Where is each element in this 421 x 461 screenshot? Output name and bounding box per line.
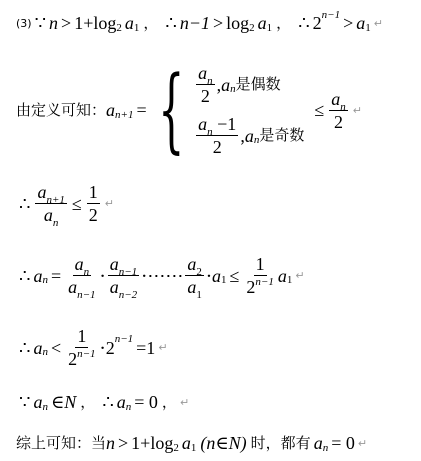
line-natural: ∵ a n ∈N ， ∴ a n = 0 ， ↵ bbox=[16, 393, 189, 411]
numerator: 1 bbox=[75, 327, 88, 348]
therefore-symbol: ∴ bbox=[102, 393, 113, 411]
ellipsis: ⋅⋯⋯ bbox=[141, 267, 183, 285]
one-plus: 1+ bbox=[131, 434, 150, 452]
subscript: n−1 bbox=[77, 289, 95, 301]
var-a: a bbox=[245, 127, 254, 145]
var-a: a bbox=[356, 14, 365, 32]
return-mark-icon: ↵ bbox=[295, 270, 304, 281]
equals-zero: = 0 bbox=[134, 393, 158, 411]
left-brace-icon: { bbox=[158, 64, 184, 156]
var-a: a bbox=[44, 205, 53, 225]
subscript-n: n bbox=[42, 347, 48, 358]
log-base: 2 bbox=[249, 23, 255, 34]
var-a: a bbox=[125, 14, 134, 32]
n-in-naturals: (n∈N) bbox=[200, 434, 246, 452]
subscript-n: n bbox=[254, 135, 260, 146]
base-two: 2 bbox=[68, 349, 77, 369]
log-text: log bbox=[150, 434, 173, 452]
subscript-n: n bbox=[207, 75, 213, 87]
return-mark-icon: ↵ bbox=[180, 397, 189, 408]
denominator: 2 bbox=[332, 111, 345, 131]
equals-zero: = 0 bbox=[331, 434, 355, 452]
comma: ， bbox=[162, 395, 177, 410]
var-a: a bbox=[198, 114, 207, 134]
subscript-n: n bbox=[53, 217, 59, 229]
line-premise: (3) ∵ n > 1+ log 2 a 1 ， ∴ n−1 > log 2 a… bbox=[16, 14, 383, 32]
conclusion-middle: 时，都有 bbox=[251, 436, 311, 451]
base-two: 2 bbox=[313, 14, 322, 32]
base-two: 2 bbox=[106, 339, 115, 357]
var-n: n bbox=[49, 14, 58, 32]
return-mark-icon: ↵ bbox=[353, 105, 362, 116]
line-bound: ∴ a n < 1 2n−1 ⋅ 2 n−1 =1 ↵ bbox=[16, 327, 168, 368]
case-odd: an −1 2 , a n 是奇数 bbox=[194, 115, 304, 156]
var-a: a bbox=[106, 101, 115, 119]
var-a: a bbox=[110, 254, 119, 274]
var-a: a bbox=[278, 267, 287, 285]
exponent: n−1 bbox=[77, 348, 95, 360]
gt-symbol: > bbox=[343, 14, 353, 32]
rhs-fraction: an 2 bbox=[329, 90, 348, 131]
gt-symbol: > bbox=[118, 434, 128, 452]
numerator: 1 bbox=[254, 255, 267, 276]
condition-odd: 是奇数 bbox=[259, 128, 304, 143]
subscript-1: 1 bbox=[365, 23, 371, 34]
var-a: a bbox=[212, 267, 221, 285]
equals-symbol: = bbox=[136, 101, 146, 119]
subscript-1: 1 bbox=[221, 275, 227, 286]
comma: ， bbox=[276, 16, 291, 31]
therefore-symbol: ∴ bbox=[19, 195, 30, 213]
return-mark-icon: ↵ bbox=[158, 342, 167, 353]
n-minus-1: n−1 bbox=[180, 14, 210, 32]
comma: ， bbox=[143, 16, 158, 31]
subscript-1: 1 bbox=[191, 443, 197, 454]
subscript-1: 1 bbox=[267, 23, 273, 34]
var-a: a bbox=[33, 267, 42, 285]
le-symbol: ≤ bbox=[230, 267, 240, 285]
subscript: 1 bbox=[196, 289, 202, 301]
power-fraction: 1 2n−1 bbox=[244, 255, 275, 296]
cdot: ⋅ bbox=[100, 267, 106, 285]
var-a: a bbox=[198, 63, 207, 83]
log-base: 2 bbox=[173, 443, 179, 454]
therefore-symbol: ∴ bbox=[165, 14, 176, 32]
exponent: n−1 bbox=[322, 10, 340, 21]
gt-symbol: > bbox=[61, 14, 71, 32]
log-text: log bbox=[226, 14, 249, 32]
var-a: a bbox=[182, 434, 191, 452]
definition-prefix: 由定义可知： bbox=[16, 103, 106, 118]
line-conclusion: 综上可知：当 n > 1+ log 2 a 1 (n∈N) 时，都有 a n =… bbox=[16, 434, 367, 452]
var-a: a bbox=[110, 277, 119, 297]
var-a: a bbox=[187, 254, 196, 274]
var-a: a bbox=[33, 393, 42, 411]
fraction: an −1 2 bbox=[196, 115, 238, 156]
var-a: a bbox=[117, 393, 126, 411]
half-fraction: 1 2 bbox=[87, 183, 100, 224]
cases: an 2 , a n 是偶数 an −1 2 , a n 是奇数 bbox=[194, 64, 304, 156]
subscript-n: n bbox=[42, 402, 48, 413]
denominator: 2 bbox=[87, 204, 100, 224]
in-naturals: ∈N bbox=[51, 393, 76, 411]
fraction: an 2 bbox=[196, 64, 215, 105]
log-base: 2 bbox=[116, 23, 122, 34]
equals-one: =1 bbox=[136, 339, 155, 357]
case-even: an 2 , a n 是偶数 bbox=[194, 64, 304, 105]
exponent: n−1 bbox=[115, 334, 133, 345]
fraction-1: an an−1 bbox=[66, 255, 97, 296]
exponent: n−1 bbox=[255, 276, 273, 288]
therefore-symbol: ∴ bbox=[19, 339, 30, 357]
part-label: (3) bbox=[16, 18, 32, 29]
var-a: a bbox=[187, 277, 196, 297]
because-symbol: ∵ bbox=[35, 14, 46, 32]
subscript-1: 1 bbox=[134, 23, 140, 34]
le-symbol: ≤ bbox=[314, 101, 324, 119]
var-a: a bbox=[33, 339, 42, 357]
minus-one: −1 bbox=[213, 114, 237, 134]
subscript: n−1 bbox=[119, 266, 137, 278]
le-symbol: ≤ bbox=[72, 195, 82, 213]
gt-symbol: > bbox=[213, 14, 223, 32]
power-fraction: 1 2n−1 bbox=[66, 327, 97, 368]
conclusion-prefix: 综上可知：当 bbox=[16, 436, 106, 451]
var-n: n bbox=[106, 434, 115, 452]
subscript-n: n bbox=[42, 275, 48, 286]
therefore-symbol: ∴ bbox=[298, 14, 309, 32]
therefore-symbol: ∴ bbox=[19, 267, 30, 285]
return-mark-icon: ↵ bbox=[105, 198, 114, 209]
log-text: log bbox=[93, 14, 116, 32]
var-a: a bbox=[221, 76, 230, 94]
var-a: a bbox=[68, 277, 77, 297]
subscript-n: n bbox=[340, 101, 346, 113]
denominator: 2 bbox=[199, 85, 212, 105]
one-plus: 1+ bbox=[74, 14, 93, 32]
subscript: n−2 bbox=[119, 289, 137, 301]
subscript-n-plus-1: n+1 bbox=[115, 110, 133, 121]
because-symbol: ∵ bbox=[19, 393, 30, 411]
lt-symbol: < bbox=[51, 339, 61, 357]
var-a: a bbox=[258, 14, 267, 32]
return-mark-icon: ↵ bbox=[358, 438, 367, 449]
fraction-3: a2 a1 bbox=[185, 255, 204, 296]
denominator: 2 bbox=[211, 136, 224, 156]
subscript-1: 1 bbox=[287, 275, 293, 286]
equals-symbol: = bbox=[51, 267, 61, 285]
line-definition: 由定义可知： a n+1 = { an 2 , a n 是偶数 an −1 2 … bbox=[16, 60, 362, 160]
subscript: n bbox=[84, 266, 90, 278]
piecewise: { an 2 , a n 是偶数 an −1 2 , a n 是奇数 bbox=[150, 64, 305, 156]
ratio-fraction: an+1 an bbox=[35, 183, 66, 224]
var-a: a bbox=[331, 89, 340, 109]
subscript-n: n bbox=[126, 402, 132, 413]
fraction-2: an−1 an−2 bbox=[108, 255, 139, 296]
line-telescoping: ∴ a n = an an−1 ⋅ an−1 an−2 ⋅⋯⋯ a2 a1 ⋅ … bbox=[16, 255, 305, 296]
condition-even: 是偶数 bbox=[236, 77, 281, 92]
line-ratio: ∴ an+1 an ≤ 1 2 ↵ bbox=[16, 183, 114, 224]
subscript-n: n bbox=[323, 443, 329, 454]
subscript: 2 bbox=[196, 266, 202, 278]
var-a: a bbox=[314, 434, 323, 452]
subscript-n-plus-1: n+1 bbox=[46, 194, 64, 206]
subscript-n: n bbox=[230, 84, 236, 95]
subscript-n: n bbox=[207, 126, 213, 138]
comma: ， bbox=[80, 395, 95, 410]
numerator: 1 bbox=[87, 183, 100, 204]
var-a: a bbox=[75, 254, 84, 274]
return-mark-icon: ↵ bbox=[374, 18, 383, 29]
